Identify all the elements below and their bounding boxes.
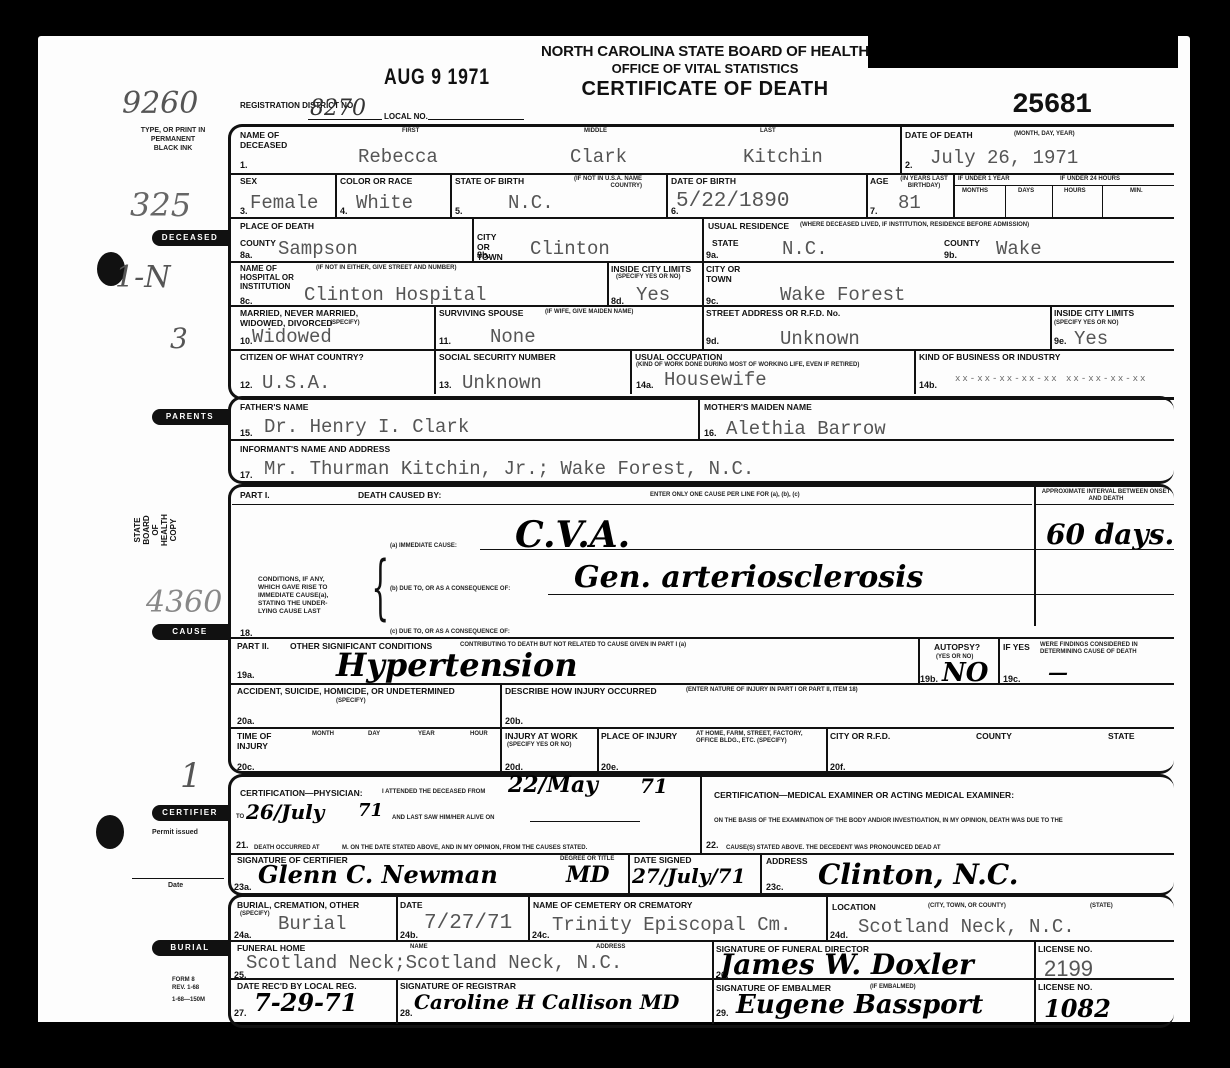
item-number: 10. <box>240 336 253 346</box>
inside-city-hint: (SPECIFY YES OR NO) <box>616 274 680 281</box>
registration-district-number: 8270 <box>310 96 366 121</box>
residence-state-field[interactable]: N.C. <box>782 238 828 260</box>
brace-decoration: { <box>371 552 389 622</box>
middle-name-field[interactable]: Clark <box>570 146 627 168</box>
citizen-label: CITIZEN OF WHAT COUNTRY? <box>240 352 364 362</box>
divider <box>528 896 530 940</box>
registrar-signature[interactable]: Caroline H Callison MD <box>414 990 679 1014</box>
hospital-hint: (IF NOT IN EITHER, GIVE STREET AND NUMBE… <box>316 265 456 272</box>
row-divider <box>230 978 1174 980</box>
divider <box>1050 306 1052 350</box>
state-of-birth-label: STATE OF BIRTH <box>455 176 524 186</box>
age-hint: (IN YEARS LAST BIRTHDAY) <box>895 176 953 190</box>
ssn-label: SOCIAL SECURITY NUMBER <box>439 352 556 362</box>
race-label: COLOR OR RACE <box>340 176 412 186</box>
divider <box>480 549 1174 550</box>
handwritten-code-1: 9260 <box>122 86 198 121</box>
item-number: 2. <box>905 160 913 170</box>
location-hint: (CITY, TOWN, OR COUNTY) <box>928 903 1006 910</box>
marital-status-field[interactable]: Widowed <box>252 326 332 348</box>
item-number: 9d. <box>706 336 719 346</box>
informant-field[interactable]: Mr. Thurman Kitchin, Jr.; Wake Forest, N… <box>264 458 754 480</box>
row-divider <box>230 261 1174 263</box>
item-number: 16. <box>704 428 717 438</box>
item-number: 11. <box>439 336 451 346</box>
office-name: OFFICE OF VITAL STATISTICS <box>540 61 870 76</box>
certifier-signature[interactable]: Glenn C. Newman <box>258 860 498 889</box>
findings-label: WERE FINDINGS CONSIDERED IN DETERMINING … <box>1040 642 1172 656</box>
inside-city-death-field[interactable]: Yes <box>636 284 670 306</box>
date-signed-field[interactable]: 27/July/71 <box>632 864 746 888</box>
due-to-b-label: (b) DUE TO, OR AS A CONSEQUENCE OF: <box>390 586 510 593</box>
under-24-hours-label: IF UNDER 24 HOURS <box>1060 176 1120 183</box>
section-tab-certifier: CERTIFIER <box>152 805 228 821</box>
spouse-field[interactable]: None <box>490 326 536 348</box>
item-number: 9b. <box>944 250 957 260</box>
other-conditions-field[interactable]: Hypertension <box>336 646 578 684</box>
item-number: 20a. <box>237 716 255 726</box>
item-number: 17. <box>240 470 253 480</box>
item-number: 4. <box>340 206 348 216</box>
divider <box>998 638 1000 684</box>
race-field[interactable]: White <box>356 192 413 214</box>
divider <box>628 854 630 894</box>
burial-date-field[interactable]: 7/27/71 <box>424 912 512 935</box>
injury-at-work-label: INJURY AT WORK <box>505 731 578 741</box>
under-1-year-label: IF UNDER 1 YEAR <box>958 176 1010 183</box>
inside-city-label: INSIDE CITY LIMITS <box>611 264 691 274</box>
place-of-injury-label: PLACE OF INJURY <box>601 731 677 741</box>
burial-date-label: DATE <box>400 900 423 910</box>
item-number: 8b. <box>477 250 490 260</box>
to-label: TO <box>236 814 244 821</box>
divider <box>396 978 398 1024</box>
item-number: 8a. <box>240 250 253 260</box>
attended-to-field[interactable]: 26/July <box>246 800 324 824</box>
physician-cert-label: CERTIFICATION—PHYSICIAN: <box>240 788 363 798</box>
last-name-field[interactable]: Kitchin <box>743 146 823 168</box>
director-signature[interactable]: James W. Doxler <box>720 948 974 981</box>
injury-year-label: YEAR <box>418 731 435 738</box>
place-of-death-label: PLACE OF DEATH <box>240 221 314 231</box>
divider <box>548 594 1174 595</box>
last-saw-line <box>530 821 640 822</box>
one-cause-hint: ENTER ONLY ONE CAUSE PER LINE FOR (a), (… <box>650 492 800 499</box>
name-label: NAME OF DECEASED <box>240 130 300 150</box>
attended-from-field[interactable]: 22/May <box>508 772 598 798</box>
scan-shadow <box>868 36 1178 68</box>
city-rfd-label: CITY OR R.F.D. <box>830 731 890 741</box>
divider <box>712 940 714 1024</box>
item-number: 20c. <box>237 762 255 772</box>
funeral-home-address-label: ADDRESS <box>596 944 625 951</box>
injury-day-label: DAY <box>368 731 380 738</box>
divider <box>826 728 828 774</box>
divider <box>702 218 704 350</box>
funeral-home-name-label: NAME <box>410 944 428 951</box>
occupation-hint: (KIND OF WORK DONE DURING MOST OF WORKIN… <box>636 362 896 369</box>
mother-label: MOTHER'S MAIDEN NAME <box>704 402 812 412</box>
row-divider <box>230 637 1174 639</box>
date-recd-field[interactable]: 7-29-71 <box>254 988 357 1017</box>
item-number: 5. <box>455 206 463 216</box>
attended-from-year-field[interactable]: 71 <box>640 774 668 798</box>
item-number: 24b. <box>400 930 418 940</box>
item-number: 20e. <box>601 762 619 772</box>
age-field[interactable]: 81 <box>898 192 921 214</box>
embalmer-signature[interactable]: Eugene Bassport <box>736 990 983 1020</box>
item-number: 14a. <box>636 380 654 390</box>
item-number: 19a. <box>237 670 255 680</box>
date-of-death-hint: (MONTH, DAY, YEAR) <box>1014 131 1075 138</box>
state-label: STATE <box>712 238 739 248</box>
injury-at-work-hint: (SPECIFY YES OR NO) <box>507 742 571 749</box>
divider <box>953 185 1174 186</box>
occupation-field[interactable]: Housewife <box>664 369 767 391</box>
divider <box>1034 486 1036 626</box>
certificate-number: 25681 <box>1012 90 1091 121</box>
injury-county-label: COUNTY <box>976 731 1012 741</box>
row-divider <box>230 853 1174 855</box>
document-title: CERTIFICATE OF DEATH <box>540 78 870 101</box>
certifier-address-field[interactable]: Clinton, N.C. <box>818 858 1018 891</box>
time-of-injury-label: TIME OF INJURY <box>237 731 287 751</box>
item-number: 20d. <box>505 762 523 772</box>
place-of-injury-hint: AT HOME, FARM, STREET, FACTORY, OFFICE B… <box>696 731 826 745</box>
row-divider <box>230 173 1174 175</box>
degree-field[interactable]: MD <box>566 862 609 888</box>
me-text-2: CAUSE(S) STATED ABOVE. THE DECEDENT WAS … <box>726 845 941 852</box>
min-label: MIN. <box>1130 188 1143 195</box>
divider <box>700 776 702 854</box>
row-divider <box>230 439 1174 441</box>
item-number: 29. <box>716 1008 729 1018</box>
form-info: FORM 8 REV. 1-68 1-68—150M <box>172 976 205 1004</box>
residence-county-field[interactable]: Wake <box>996 238 1042 260</box>
date-of-death-field[interactable]: July 26, 1971 <box>930 147 1078 169</box>
age-label: AGE <box>870 176 888 186</box>
section-tab-cause: CAUSE <box>152 624 228 640</box>
if-yes-label: IF YES <box>1003 642 1030 652</box>
divider <box>472 218 474 262</box>
divider <box>1036 504 1174 505</box>
injury-hour-label: HOUR <box>470 731 488 738</box>
item-number: 24c. <box>532 930 550 940</box>
mother-field[interactable]: Alethia Barrow <box>726 418 886 440</box>
item-number: 24a. <box>234 930 252 940</box>
attended-from-label: I ATTENDED THE DECEASED FROM <box>382 789 485 796</box>
autopsy-label: AUTOPSY? <box>934 642 980 652</box>
divider <box>232 504 1032 505</box>
spouse-label: SURVIVING SPOUSE <box>439 308 523 318</box>
interval-label: APPROXIMATE INTERVAL BETWEEN ONSET AND D… <box>1040 489 1172 503</box>
item-number: 20f. <box>830 762 846 772</box>
divider <box>1102 185 1103 218</box>
divider <box>698 398 700 440</box>
item-number: 24d. <box>830 930 848 940</box>
location-field[interactable]: Scotland Neck, N.C. <box>858 916 1075 938</box>
permit-date-label: Date <box>168 881 183 890</box>
first-label: FIRST <box>402 128 419 135</box>
cemetery-field[interactable]: Trinity Episcopal Cm. <box>552 914 791 936</box>
divider <box>1034 940 1036 1024</box>
embalmer-license-field[interactable]: 1082 <box>1044 994 1111 1023</box>
industry-field-struck[interactable]: xx-xx-xx-xx-xx xx-xx-xx-xx <box>955 374 1147 384</box>
registration-line <box>308 119 382 120</box>
row-divider <box>230 349 1174 351</box>
handwritten-code-6: 1 <box>180 756 202 796</box>
handwritten-code-4: 3 <box>170 322 188 355</box>
father-field[interactable]: Dr. Henry I. Clark <box>264 416 469 438</box>
funeral-home-field[interactable]: Scotland Neck;Scotland Neck, N.C. <box>246 952 622 974</box>
attended-to-year-field[interactable]: 71 <box>358 800 383 821</box>
handwritten-code-2: 325 <box>130 186 191 224</box>
middle-label: MIDDLE <box>584 128 607 135</box>
handwritten-code-3: 1-N <box>115 260 170 295</box>
item-number: 20b. <box>505 716 523 726</box>
injury-month-label: MONTH <box>312 731 334 738</box>
disposition-label: BURIAL, CREMATION, OTHER <box>237 900 359 910</box>
residence-county-label: COUNTY <box>944 238 980 248</box>
item-number: 15. <box>240 428 253 438</box>
city-of-death-field[interactable]: Clinton <box>530 238 610 260</box>
sex-field[interactable]: Female <box>250 192 318 214</box>
ssn-field[interactable]: Unknown <box>462 372 542 394</box>
divider <box>630 350 632 394</box>
residence-street-field[interactable]: Unknown <box>780 328 860 350</box>
item-number: 1. <box>240 160 248 170</box>
industry-label: KIND OF BUSINESS OR INDUSTRY <box>919 352 1060 362</box>
residence-city-field[interactable]: Wake Forest <box>780 284 905 306</box>
date-of-birth-field[interactable]: 5/22/1890 <box>676 190 789 213</box>
state-of-birth-field[interactable]: N.C. <box>508 192 554 214</box>
divider <box>866 174 868 218</box>
sex-label: SEX <box>240 176 257 186</box>
interval-field[interactable]: 60 days. <box>1046 518 1174 551</box>
item-number: 22. <box>706 840 719 850</box>
received-date-stamp: AUG 9 1971 <box>384 64 490 90</box>
item-number: 7. <box>870 206 878 216</box>
item-number: 9e. <box>1054 336 1067 346</box>
conditions-note: CONDITIONS, IF ANY, WHICH GAVE RISE TO I… <box>258 576 328 616</box>
divider <box>1052 185 1053 218</box>
divider <box>953 174 955 218</box>
handwritten-code-5: 4360 <box>146 585 222 620</box>
divider <box>1005 185 1006 218</box>
ink-instructions: TYPE, OR PRINT IN PERMANENT BLACK INK <box>128 126 218 153</box>
state-of-birth-hint: (IF NOT IN U.S.A. NAME COUNTRY) <box>552 176 642 190</box>
item-number: 27. <box>234 1008 247 1018</box>
date-of-birth-label: DATE OF BIRTH <box>671 176 736 186</box>
part2-label: PART II. <box>237 641 269 651</box>
row-divider <box>230 940 1174 942</box>
immediate-cause-label: (a) IMMEDIATE CAUSE: <box>390 543 457 550</box>
me-cert-label: CERTIFICATION—MEDICAL EXAMINER OR ACTING… <box>714 790 1014 800</box>
death-caused-by-label: DEATH CAUSED BY: <box>358 490 441 500</box>
divider <box>900 126 902 174</box>
residence-inside-city-hint: (SPECIFY YES OR NO) <box>1054 320 1118 327</box>
residence-city-label: CITY OR TOWN <box>706 264 746 284</box>
father-label: FATHER'S NAME <box>240 402 308 412</box>
informant-label: INFORMANT'S NAME AND ADDRESS <box>240 444 390 454</box>
marital-specify: (SPECIFY) <box>330 320 360 327</box>
days-label: DAYS <box>1018 188 1034 195</box>
item-number: 9a. <box>706 250 719 260</box>
local-no-line <box>428 119 524 120</box>
disposition-field[interactable]: Burial <box>278 913 346 935</box>
injury-state-label: STATE <box>1108 731 1135 741</box>
citizen-field[interactable]: U.S.A. <box>262 372 330 394</box>
row-divider <box>230 727 1174 729</box>
item-number: 12. <box>240 380 253 390</box>
county-of-death-field[interactable]: Sampson <box>278 238 358 260</box>
hospital-label: NAME OF HOSPITAL OR INSTITUTION <box>240 264 302 291</box>
occupation-label: USUAL OCCUPATION <box>635 352 722 362</box>
county-label: COUNTY <box>240 238 276 248</box>
scan-bottom-edge <box>0 1022 1230 1068</box>
accident-label: ACCIDENT, SUICIDE, HOMICIDE, OR UNDETERM… <box>237 686 455 696</box>
street-label: STREET ADDRESS OR R.F.D. No. <box>706 308 840 318</box>
organization-name: NORTH CAROLINA STATE BOARD OF HEALTH <box>540 43 870 60</box>
divider <box>914 350 916 394</box>
residence-label: USUAL RESIDENCE <box>708 221 789 231</box>
date-of-death-label: DATE OF DEATH <box>905 130 973 140</box>
section-tab-parents: PARENTS <box>152 409 228 425</box>
residence-inside-city-label: INSIDE CITY LIMITS <box>1054 308 1134 318</box>
item-number: 13. <box>439 380 452 390</box>
me-text: ON THE BASIS OF THE EXAMINATION OF THE B… <box>714 818 1063 825</box>
months-label: MONTHS <box>962 188 988 195</box>
item-number: 28. <box>400 1008 413 1018</box>
accident-specify: (SPECIFY) <box>336 698 366 705</box>
section-tab-burial: BURIAL <box>152 940 228 956</box>
divider <box>826 896 828 940</box>
disposition-specify: (SPECIFY) <box>240 911 270 918</box>
findings-field[interactable]: — <box>1048 660 1068 684</box>
embalmer-license-label: LICENSE NO. <box>1038 982 1092 992</box>
divider <box>500 684 502 774</box>
last-saw-label: AND LAST SAW HIM/HER ALIVE ON <box>392 815 494 822</box>
first-name-field[interactable]: Rebecca <box>358 146 438 168</box>
item-number: 23a. <box>234 882 252 892</box>
location-label: LOCATION <box>832 902 876 912</box>
item-number: 14b. <box>919 380 937 390</box>
row-divider <box>230 305 1174 307</box>
address-label: ADDRESS <box>766 856 808 866</box>
due-to-b-field[interactable]: Gen. arteriosclerosis <box>574 560 923 595</box>
section-tab-deceased: DECEASED <box>152 230 228 246</box>
location-state-hint: (STATE) <box>1090 903 1113 910</box>
describe-injury-hint: (ENTER NATURE OF INJURY IN PART I OR PAR… <box>686 687 858 694</box>
on-date-label: M. ON THE DATE STATED ABOVE, AND IN MY O… <box>342 845 587 852</box>
residence-inside-city-field[interactable]: Yes <box>1074 328 1108 350</box>
item-number: 3. <box>240 206 248 216</box>
spouse-hint: (IF WIFE, GIVE MAIDEN NAME) <box>545 309 633 316</box>
divider <box>666 174 668 218</box>
cemetery-label: NAME OF CEMETERY OR CREMATORY <box>533 900 692 910</box>
state-board-copy-note: STATE BOARD OF HEALTH COPY <box>133 512 203 548</box>
item-number: 21. <box>236 840 249 850</box>
divider <box>450 174 452 218</box>
last-label: LAST <box>760 128 776 135</box>
describe-injury-label: DESCRIBE HOW INJURY OCCURRED <box>505 686 657 696</box>
divider <box>607 262 609 306</box>
due-to-c-label: (c) DUE TO, OR AS A CONSEQUENCE OF: <box>390 629 510 636</box>
divider <box>597 728 599 774</box>
hospital-field[interactable]: Clinton Hospital <box>304 284 486 306</box>
part1-label: PART I. <box>240 490 270 500</box>
binder-hole-bottom <box>96 815 124 849</box>
hours-label: HOURS <box>1064 188 1086 195</box>
local-no-label: LOCAL NO. <box>384 112 428 122</box>
permit-date-line <box>132 878 224 879</box>
permit-issued-label: Permit issued <box>152 828 198 837</box>
divider <box>760 854 762 894</box>
item-number: 23c. <box>766 882 784 892</box>
row-divider <box>230 683 1174 685</box>
divider <box>396 896 398 940</box>
residence-hint: (WHERE DECEASED LIVED, IF INSTITUTION, R… <box>800 222 1029 229</box>
divider <box>335 174 337 218</box>
death-occurred-label: DEATH OCCURRED AT <box>254 845 320 852</box>
director-license-label: LICENSE NO. <box>1038 944 1092 954</box>
